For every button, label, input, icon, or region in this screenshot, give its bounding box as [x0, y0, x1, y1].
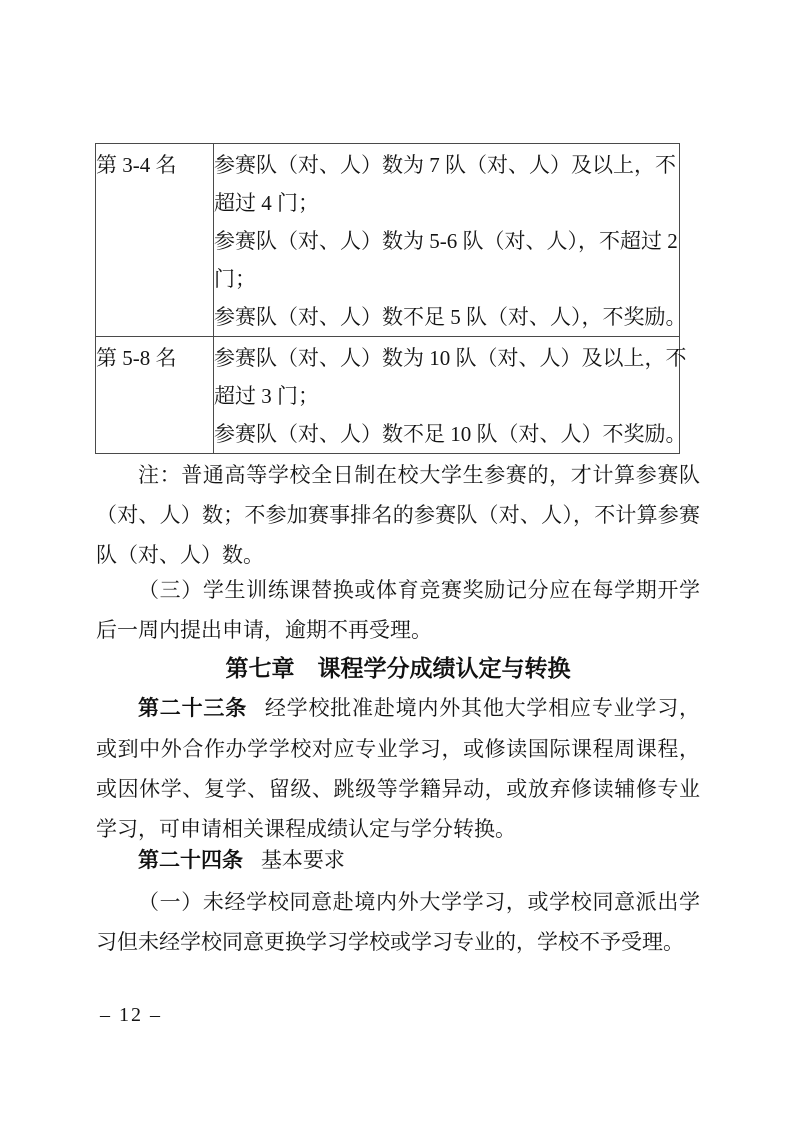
- item-1-paragraph: （一）未经学校同意赴境内外大学学习，或学校同意派出学习但未经学校同意更换学习学校…: [96, 882, 700, 962]
- note-paragraph: 注：普通高等学校全日制在校大学生参赛的，才计算参赛队（对、人）数；不参加赛事排名…: [96, 455, 700, 575]
- article-23-label: 第二十三条: [138, 697, 247, 720]
- criteria-line: 参赛队（对、人）数为 5-6 队（对、人），不超过 2: [214, 222, 679, 260]
- criteria-line: 超过 4 门；: [214, 184, 679, 222]
- criteria-line: 参赛队（对、人）数不足 5 队（对、人），不奖励。: [214, 298, 679, 336]
- rank-cell: 第 5-8 名: [96, 337, 214, 454]
- article-24-label: 第二十四条: [138, 849, 243, 872]
- chapter-number: 第七章: [226, 655, 295, 681]
- criteria-line: 参赛队（对、人）数不足 10 队（对、人）不奖励。: [214, 415, 679, 453]
- chapter-title: 课程学分成绩认定与转换: [318, 655, 571, 681]
- article-24-text: 基本要求: [261, 848, 345, 872]
- chapter-heading: 第七章课程学分成绩认定与转换: [96, 648, 700, 688]
- criteria-cell: 参赛队（对、人）数为 7 队（对、人）及以上，不 超过 4 门； 参赛队（对、人…: [214, 144, 680, 337]
- rank-label: 第 5-8 名: [96, 346, 177, 370]
- award-criteria-table: 第 3-4 名 参赛队（对、人）数为 7 队（对、人）及以上，不 超过 4 门；…: [95, 143, 680, 454]
- criteria-cell: 参赛队（对、人）数为 10 队（对、人）及以上，不 超过 3 门； 参赛队（对、…: [214, 337, 680, 454]
- article-23-paragraph: 第二十三条经学校批准赴境内外其他大学相应专业学习，或到中外合作办学学校对应专业学…: [96, 688, 700, 849]
- document-page: 第 3-4 名 参赛队（对、人）数为 7 队（对、人）及以上，不 超过 4 门；…: [0, 0, 794, 1123]
- criteria-line: 参赛队（对、人）数为 7 队（对、人）及以上，不: [214, 146, 679, 184]
- criteria-line: 参赛队（对、人）数为 10 队（对、人）及以上，不: [214, 339, 679, 377]
- rank-label: 第 3-4 名: [96, 153, 177, 177]
- page-number: – 12 –: [100, 1002, 162, 1028]
- article-24-paragraph: 第二十四条基本要求: [96, 840, 700, 881]
- item-3-paragraph: （三）学生训练课替换或体育竞赛奖励记分应在每学期开学后一周内提出申请，逾期不再受…: [96, 570, 700, 650]
- rank-cell: 第 3-4 名: [96, 144, 214, 337]
- table-row: 第 5-8 名 参赛队（对、人）数为 10 队（对、人）及以上，不 超过 3 门…: [96, 337, 680, 454]
- table-row: 第 3-4 名 参赛队（对、人）数为 7 队（对、人）及以上，不 超过 4 门；…: [96, 144, 680, 337]
- criteria-line: 门；: [214, 260, 679, 298]
- criteria-line: 超过 3 门；: [214, 377, 679, 415]
